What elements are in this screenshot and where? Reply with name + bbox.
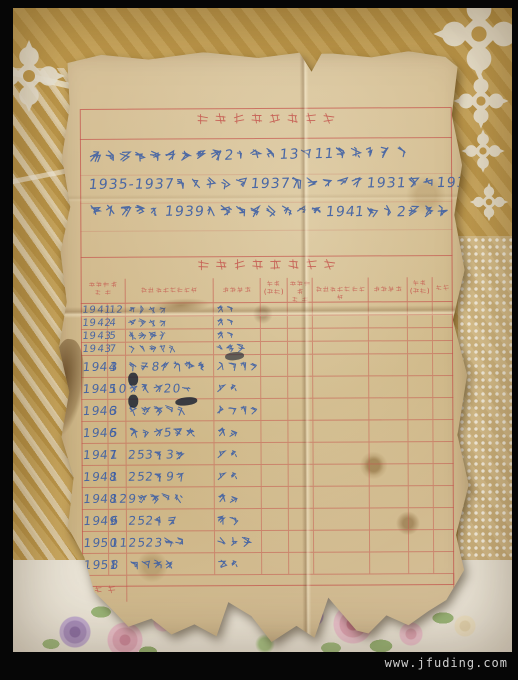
cell-unit <box>126 399 214 420</box>
cell-u2 <box>314 530 370 551</box>
cell-unit: 9 <box>127 487 215 508</box>
cell-x2 <box>434 508 454 529</box>
cell-r2 <box>409 442 434 463</box>
cell-unit <box>126 329 214 341</box>
cell-rank <box>261 316 288 328</box>
cell-unit: 5 <box>126 421 214 442</box>
cell-year: 1945 <box>81 378 108 399</box>
cell-rank <box>262 553 289 574</box>
cell-pos <box>214 316 261 328</box>
cell-x2 <box>433 376 453 397</box>
cell-u2 <box>314 464 370 485</box>
cell-p2 <box>369 341 408 353</box>
cell-unit: 20 <box>126 377 214 398</box>
cell-year: 1951 <box>82 554 109 575</box>
history-table: () () <box>81 277 455 602</box>
cell-pos <box>215 509 262 530</box>
cell-u2 <box>313 341 369 353</box>
cell-month: 7 <box>108 343 126 355</box>
cell-p2 <box>370 442 409 463</box>
table-body: 1941121942419435194371944381945102019463… <box>81 302 454 576</box>
header-position <box>214 278 261 302</box>
cell-u2 <box>314 552 370 573</box>
cell-u2 <box>313 376 369 397</box>
cell-year: 1942 <box>81 317 108 329</box>
cell-r2 <box>408 328 433 340</box>
cell-x2 <box>434 464 454 485</box>
cell-p2 <box>369 328 408 340</box>
cell-unit: 2533 <box>127 443 215 464</box>
remark-value-cell <box>127 574 454 602</box>
handwriting-line: 1935-1937 1937 19311933 <box>88 175 452 193</box>
handwriting-line: 19391941 2 <box>88 204 452 221</box>
cell-r2 <box>408 341 433 353</box>
table-row: 194655 <box>81 420 453 444</box>
header-rank: () <box>261 278 288 302</box>
table-row: 19496252 <box>82 508 454 532</box>
table-row: 1948129 <box>82 486 454 510</box>
form-title-post-revolution <box>81 257 453 274</box>
cell-u2 <box>314 442 370 463</box>
cell-unit: 8 <box>126 355 214 376</box>
cell-rank <box>262 531 289 552</box>
cell-x2 <box>433 398 453 419</box>
cell-rank <box>262 487 289 508</box>
cell-r2 <box>409 486 434 507</box>
photo-frame: 21311 1935-1937 1937 19311933 19391941 2 <box>0 0 518 680</box>
cell-pos <box>214 329 261 341</box>
cell-rank <box>261 355 288 376</box>
cell-year: 1943 <box>81 343 108 355</box>
cell-u2 <box>314 486 370 507</box>
cell-p2 <box>369 398 408 419</box>
cell-x2 <box>434 442 454 463</box>
cell-x2 <box>433 315 453 327</box>
cell-r2 <box>408 376 433 397</box>
photo: 21311 1935-1937 1937 19311933 19391941 2 <box>13 8 512 652</box>
cell-unit: 2523 <box>127 531 215 552</box>
cell-r2 <box>409 508 434 529</box>
horizontal-fold <box>55 305 471 318</box>
document-paper-wrap: 21311 1935-1937 1937 19311933 19391941 2 <box>55 46 471 646</box>
table-row: 19518 <box>82 552 454 576</box>
cell-r2 <box>408 354 433 375</box>
cell-rank <box>262 443 289 464</box>
cell-pos <box>215 443 262 464</box>
cell-year: 1949 <box>82 510 109 531</box>
cell-x2 <box>434 552 454 573</box>
cell-year: 1944 <box>81 356 108 377</box>
header-unit2 <box>313 277 369 301</box>
cell-u2 <box>314 508 370 529</box>
cell-year: 1948 <box>82 488 109 509</box>
ink-smudge <box>128 395 138 408</box>
cell-unit: 2529 <box>127 465 215 486</box>
table-header-row: () () <box>81 277 453 304</box>
cell-x2 <box>434 530 454 551</box>
remark-row <box>82 574 454 602</box>
remark-label <box>82 576 127 602</box>
header-remark-col <box>433 277 453 301</box>
cell-r2 <box>409 552 434 573</box>
cell-p2 <box>370 552 409 573</box>
cell-r2 <box>409 530 434 551</box>
cell-year: 1946 <box>81 400 108 421</box>
cell-p2 <box>369 376 408 397</box>
cell-x2 <box>434 486 454 507</box>
cell-p2 <box>370 464 409 485</box>
cell-unit: 252 <box>127 509 215 530</box>
cell-u2 <box>313 354 369 375</box>
cell-x2 <box>433 341 453 353</box>
cell-rank <box>261 399 288 420</box>
cell-u2 <box>313 420 369 441</box>
cell-u2 <box>313 328 369 340</box>
cell-year: 1950 <box>82 532 109 553</box>
cell-year: 1946 <box>81 422 108 443</box>
ink-smudge <box>128 373 138 386</box>
document-paper: 21311 1935-1937 1937 19311933 19391941 2 <box>53 45 472 647</box>
watermark: www.jfuding.com <box>385 656 508 670</box>
cell-pos <box>215 553 262 574</box>
header-position2 <box>369 277 408 301</box>
cell-pos <box>214 377 261 398</box>
cell-rank <box>261 329 288 341</box>
form-title-pre-revolution <box>80 111 452 128</box>
cell-rank <box>262 509 289 530</box>
cell-rank <box>262 465 289 486</box>
cell-x2 <box>433 420 453 441</box>
cell-p2 <box>369 354 408 375</box>
cell-r2 <box>409 464 434 485</box>
cell-r2 <box>408 398 433 419</box>
cell-rank <box>261 342 288 354</box>
cell-p2 <box>370 486 409 507</box>
cell-month: 5 <box>108 330 126 342</box>
cell-u2 <box>313 315 369 327</box>
cell-year: 1948 <box>82 466 109 487</box>
cell-x2 <box>433 354 453 375</box>
cell-month: 4 <box>108 317 126 329</box>
cell-unit <box>127 553 215 574</box>
header-period <box>81 279 126 303</box>
cell-unit <box>126 342 214 354</box>
cell-p2 <box>369 420 408 441</box>
cell-rank <box>261 421 288 442</box>
cell-pos <box>215 531 262 552</box>
cell-u2 <box>313 398 369 419</box>
header-rank2: () <box>408 277 433 301</box>
table-row: 194712533 <box>82 442 454 466</box>
cell-year: 1943 <box>81 330 108 342</box>
cell-r2 <box>408 315 433 327</box>
cell-pos <box>214 421 261 442</box>
table-row: 194812529 <box>82 464 454 488</box>
cell-p2 <box>370 508 409 529</box>
table-row: 1950112523 <box>82 530 454 554</box>
cell-rank <box>261 377 288 398</box>
cell-x2 <box>433 328 453 340</box>
cell-p2 <box>370 530 409 551</box>
cell-pos <box>215 487 262 508</box>
cell-pos <box>214 399 261 420</box>
cell-r2 <box>408 420 433 441</box>
cell-pos <box>215 465 262 486</box>
cell-year: 1947 <box>82 444 109 465</box>
cell-p2 <box>369 315 408 327</box>
cell-unit <box>126 316 214 328</box>
